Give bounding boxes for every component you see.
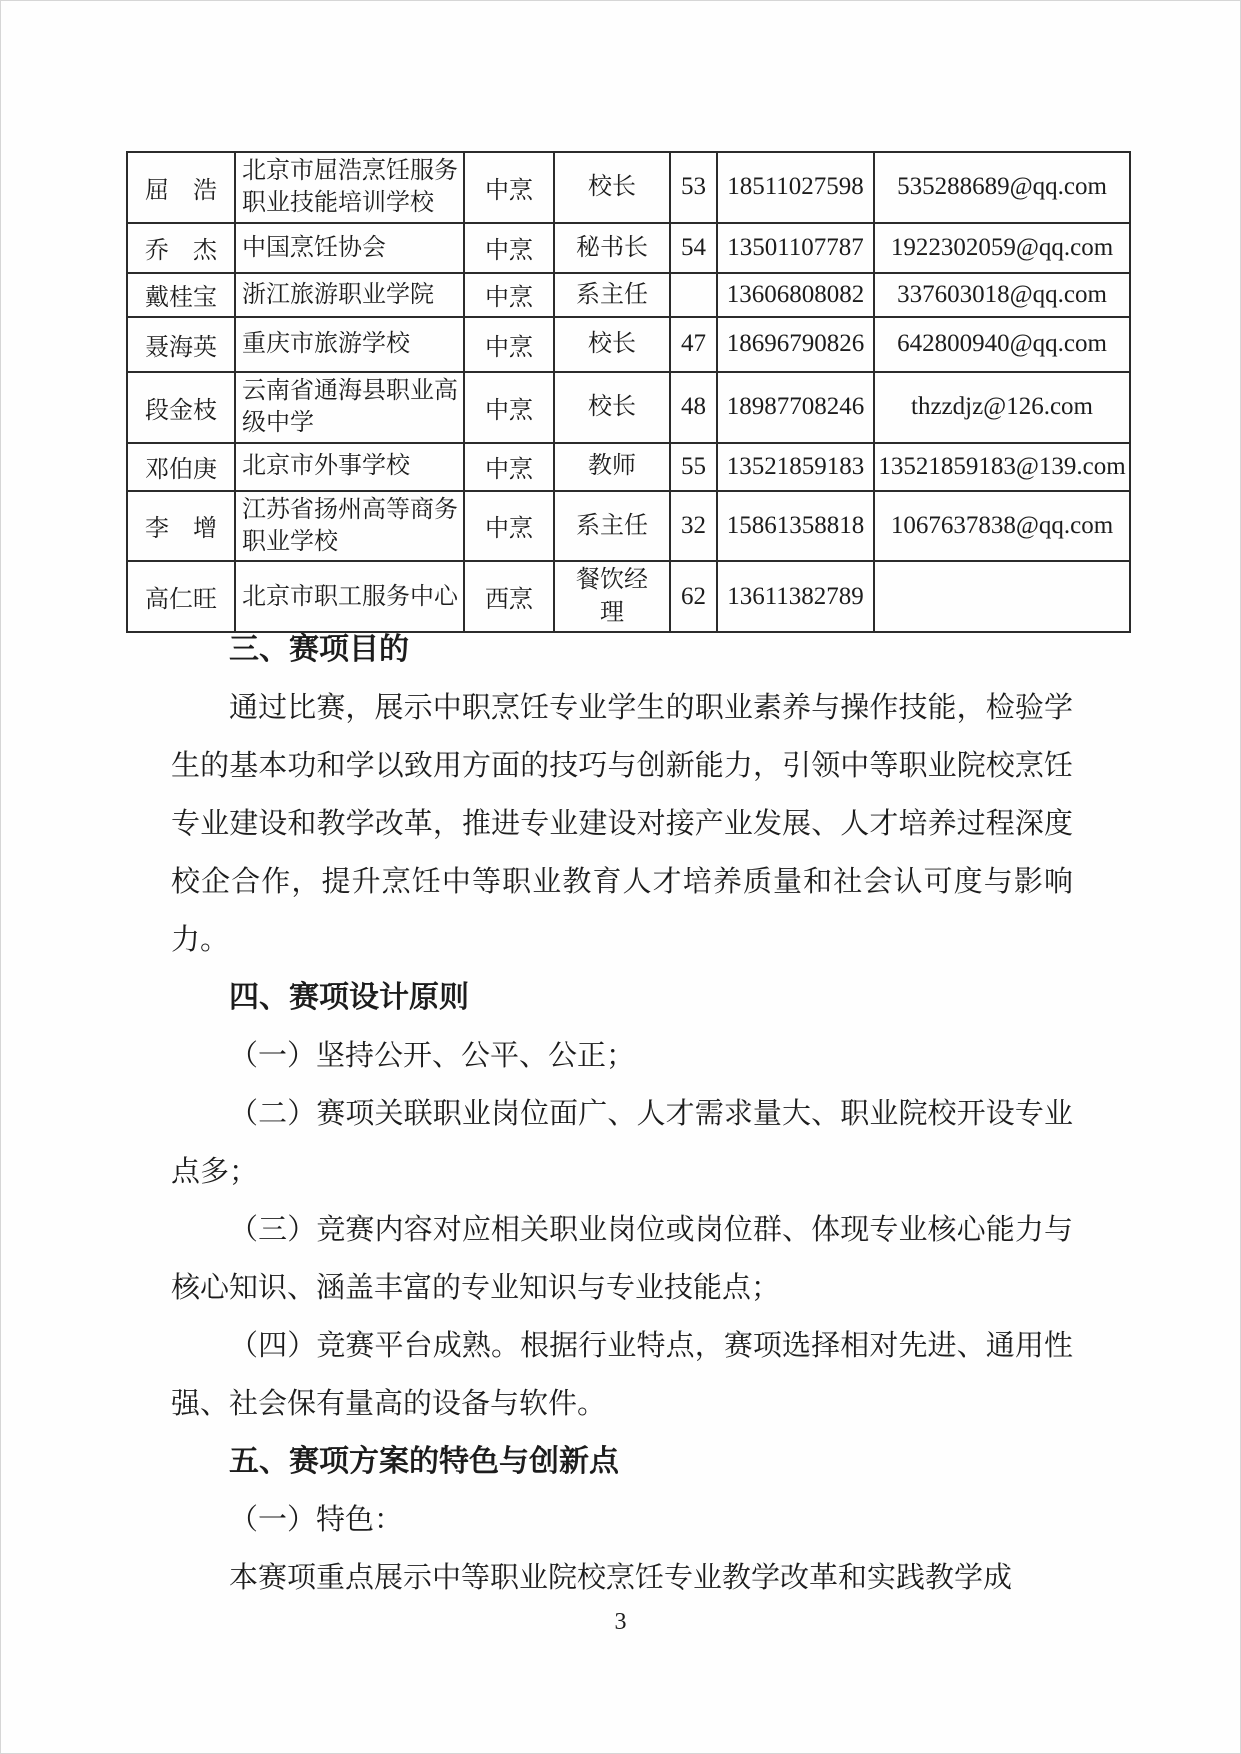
- section-heading: 五、赛项方案的特色与创新点: [171, 1433, 1073, 1491]
- paragraph: （二）赛项关联职业岗位面广、人才需求量大、职业院校开设专业点多；: [171, 1085, 1073, 1201]
- cell-email: 337603018@qq.com: [874, 273, 1130, 317]
- cell-name: 戴桂宝: [127, 273, 235, 317]
- cell-age: 48: [670, 372, 717, 443]
- paragraph: （一）特色：: [171, 1491, 1073, 1549]
- cell-category: 中烹: [464, 491, 554, 562]
- section: 五、赛项方案的特色与创新点 （一）特色：本赛项重点展示中等职业院校烹饪专业教学改…: [171, 1433, 1073, 1607]
- participants-table: 屈 浩 北京市屈浩烹饪服务职业技能培训学校 中烹 校长 53 185110275…: [126, 151, 1131, 633]
- cell-organization: 北京市外事学校: [235, 443, 464, 491]
- cell-position: 系主任: [554, 491, 670, 562]
- cell-position: 校长: [554, 152, 670, 223]
- cell-position: 系主任: [554, 273, 670, 317]
- page-number: 3: [1, 1598, 1240, 1646]
- cell-position: 秘书长: [554, 223, 670, 273]
- cell-age: 47: [670, 317, 717, 372]
- table-row: 屈 浩 北京市屈浩烹饪服务职业技能培训学校 中烹 校长 53 185110275…: [127, 152, 1130, 223]
- table-row: 戴桂宝 浙江旅游职业学院 中烹 系主任 13606808082 33760301…: [127, 273, 1130, 317]
- cell-phone: 13606808082: [717, 273, 874, 317]
- cell-email: 535288689@qq.com: [874, 152, 1130, 223]
- cell-phone: 18511027598: [717, 152, 874, 223]
- paragraph: （三）竞赛内容对应相关职业岗位或岗位群、体现专业核心能力与核心知识、涵盖丰富的专…: [171, 1201, 1073, 1317]
- section: 三、赛项目的 通过比赛，展示中职烹饪专业学生的职业素养与操作技能，检验学生的基本…: [171, 621, 1073, 969]
- cell-email: thzzdjz@126.com: [874, 372, 1130, 443]
- cell-age: 55: [670, 443, 717, 491]
- table-row: 李 增 江苏省扬州高等商务职业学校 中烹 系主任 32 15861358818 …: [127, 491, 1130, 562]
- cell-phone: 13521859183: [717, 443, 874, 491]
- cell-age: 54: [670, 223, 717, 273]
- cell-age: 32: [670, 491, 717, 562]
- paragraph: 通过比赛，展示中职烹饪专业学生的职业素养与操作技能，检验学生的基本功和学以致用方…: [171, 679, 1073, 969]
- section-heading: 三、赛项目的: [171, 621, 1073, 679]
- cell-position: 教师: [554, 443, 670, 491]
- cell-name: 乔 杰: [127, 223, 235, 273]
- cell-phone: 18987708246: [717, 372, 874, 443]
- document-body: 三、赛项目的 通过比赛，展示中职烹饪专业学生的职业素养与操作技能，检验学生的基本…: [171, 621, 1073, 1607]
- table-row: 乔 杰 中国烹饪协会 中烹 秘书长 54 13501107787 1922302…: [127, 223, 1130, 273]
- table-row: 聂海英 重庆市旅游学校 中烹 校长 47 18696790826 6428009…: [127, 317, 1130, 372]
- cell-category: 中烹: [464, 223, 554, 273]
- cell-organization: 重庆市旅游学校: [235, 317, 464, 372]
- cell-position: 校长: [554, 372, 670, 443]
- cell-organization: 中国烹饪协会: [235, 223, 464, 273]
- cell-phone: 15861358818: [717, 491, 874, 562]
- table-row: 邓伯庚 北京市外事学校 中烹 教师 55 13521859183 1352185…: [127, 443, 1130, 491]
- cell-name: 邓伯庚: [127, 443, 235, 491]
- cell-email: 13521859183@139.com: [874, 443, 1130, 491]
- cell-organization: 云南省通海县职业高级中学: [235, 372, 464, 443]
- section: 四、赛项设计原则 （一）坚持公开、公平、公正；（二）赛项关联职业岗位面广、人才需…: [171, 969, 1073, 1433]
- cell-phone: 13501107787: [717, 223, 874, 273]
- cell-organization: 浙江旅游职业学院: [235, 273, 464, 317]
- section-heading: 四、赛项设计原则: [171, 969, 1073, 1027]
- cell-name: 李 增: [127, 491, 235, 562]
- cell-category: 中烹: [464, 317, 554, 372]
- document-page: 屈 浩 北京市屈浩烹饪服务职业技能培训学校 中烹 校长 53 185110275…: [0, 0, 1241, 1754]
- cell-age: [670, 273, 717, 317]
- paragraph: （四）竞赛平台成熟。根据行业特点，赛项选择相对先进、通用性强、社会保有量高的设备…: [171, 1317, 1073, 1433]
- cell-category: 中烹: [464, 273, 554, 317]
- cell-name: 屈 浩: [127, 152, 235, 223]
- cell-category: 中烹: [464, 372, 554, 443]
- cell-name: 聂海英: [127, 317, 235, 372]
- cell-age: 53: [670, 152, 717, 223]
- cell-position: 校长: [554, 317, 670, 372]
- cell-name: 段金枝: [127, 372, 235, 443]
- cell-email: 1067637838@qq.com: [874, 491, 1130, 562]
- cell-organization: 北京市屈浩烹饪服务职业技能培训学校: [235, 152, 464, 223]
- paragraph: （一）坚持公开、公平、公正；: [171, 1027, 1073, 1085]
- cell-organization: 江苏省扬州高等商务职业学校: [235, 491, 464, 562]
- cell-phone: 18696790826: [717, 317, 874, 372]
- cell-category: 中烹: [464, 443, 554, 491]
- cell-email: 642800940@qq.com: [874, 317, 1130, 372]
- cell-category: 中烹: [464, 152, 554, 223]
- cell-email: 1922302059@qq.com: [874, 223, 1130, 273]
- table-row: 段金枝 云南省通海县职业高级中学 中烹 校长 48 18987708246 th…: [127, 372, 1130, 443]
